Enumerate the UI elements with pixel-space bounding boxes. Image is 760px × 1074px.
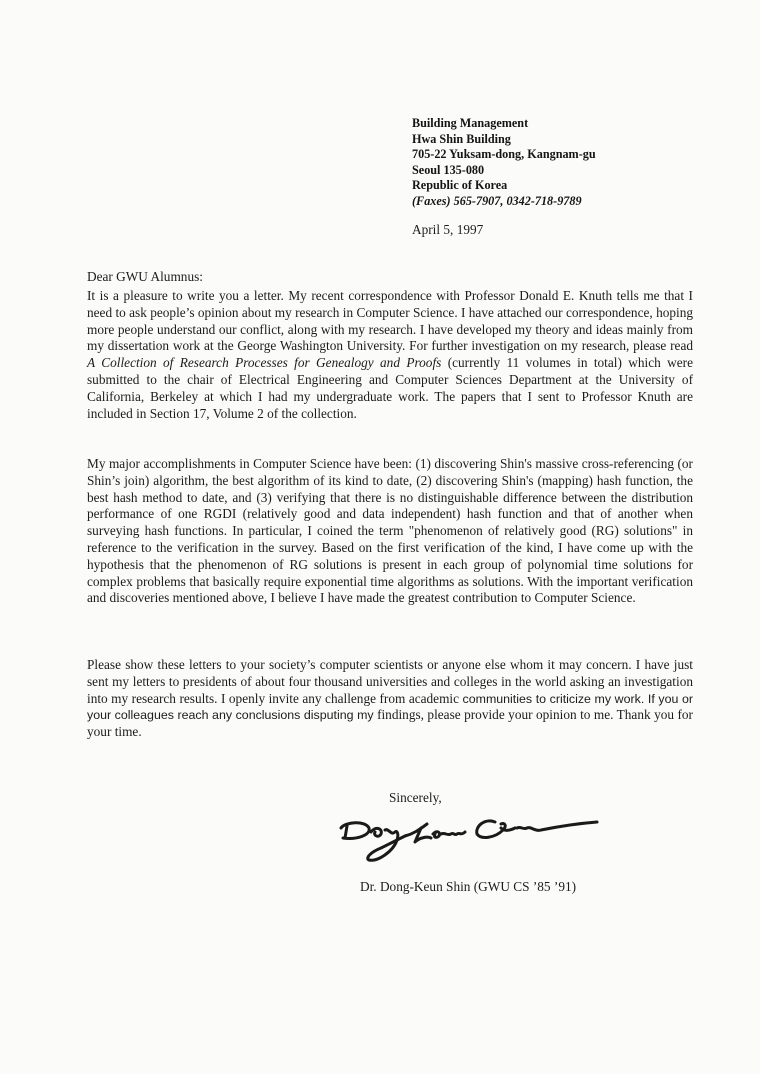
address-line: 705-22 Yuksam-dong, Kangnam-gu: [412, 147, 596, 163]
signer-name: Dr. Dong-Keun Shin (GWU CS ’85 ’91): [360, 879, 576, 895]
letter-date: April 5, 1997: [412, 222, 483, 238]
letter-page: Building Management Hwa Shin Building 70…: [0, 0, 760, 1074]
fax-numbers: (Faxes) 565-7907, 0342-718-9789: [412, 194, 596, 210]
closing: Sincerely,: [389, 790, 442, 806]
paragraph-accomplishments: My major accomplishments in Computer Sci…: [87, 456, 693, 607]
address-line: Seoul 135-080: [412, 163, 596, 179]
address-line: Republic of Korea: [412, 178, 596, 194]
paragraph-request: Please show these letters to your societ…: [87, 657, 693, 741]
salutation: Dear GWU Alumnus:: [87, 269, 203, 285]
address-line: Hwa Shin Building: [412, 132, 596, 148]
paragraph-text: It is a pleasure to write you a letter. …: [87, 288, 693, 353]
book-title: A Collection of Research Processes for G…: [87, 355, 441, 370]
address-line: Building Management: [412, 116, 596, 132]
paragraph-intro: It is a pleasure to write you a letter. …: [87, 288, 693, 422]
sender-address: Building Management Hwa Shin Building 70…: [412, 116, 596, 209]
handwritten-signature: [335, 808, 605, 870]
